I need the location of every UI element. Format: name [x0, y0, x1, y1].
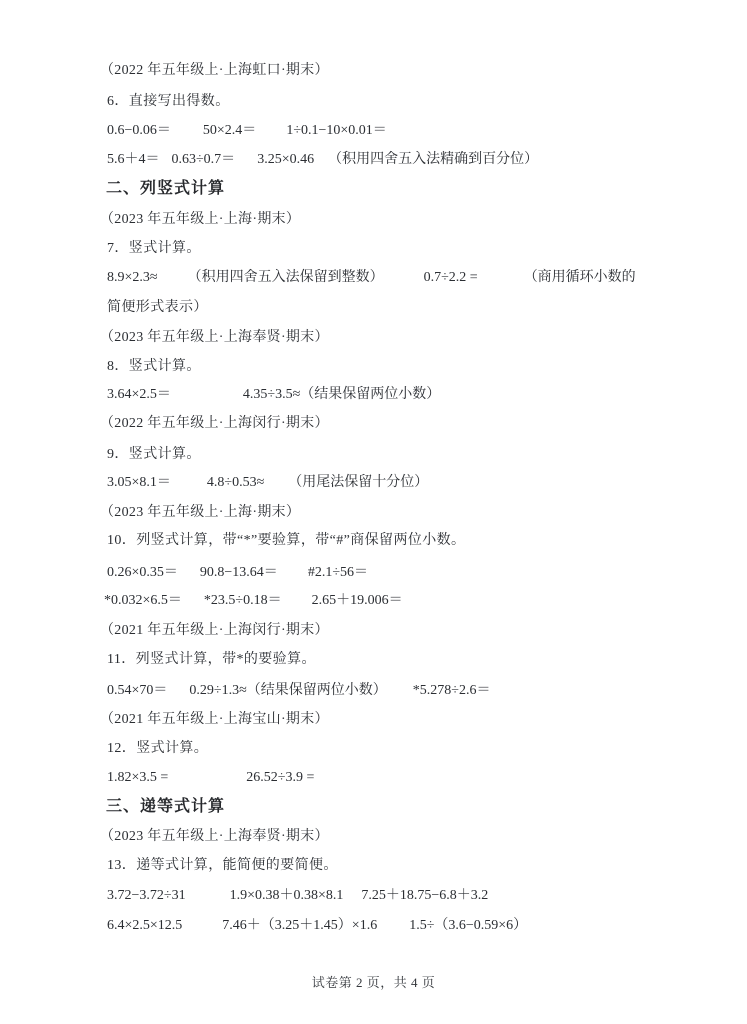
math-expression: *23.5÷0.18＝ [204, 592, 282, 610]
math-expression: *0.032×6.5＝ [104, 592, 182, 610]
math-expression: 3.25×0.46 [257, 151, 314, 169]
exam-source-citation: （2023 年五年级上·上海奉贤·期末） [0, 828, 747, 846]
exam-source-citation: （2021 年五年级上·上海宝山·期末） [0, 711, 747, 729]
math-expression: 0.6−0.06＝ [107, 122, 171, 140]
math-expression: 0.63÷0.7＝ [172, 151, 236, 169]
expression-row: 8.9×2.3≈ （积用四舍五入法保留到整数） 0.7÷2.2 = （商用循环小… [0, 269, 747, 287]
expression-row: *0.032×6.5＝ *23.5÷0.18＝ 2.65＋19.006＝ [0, 592, 747, 610]
problem-text: 13．递等式计算，能简便的要简便。 [107, 857, 338, 875]
problem-statement: 12．竖式计算。 [0, 740, 747, 758]
page-number-text: 试卷第 2 页，共 4 页 [312, 975, 436, 990]
citation-text: （2022 年五年级上·上海虹口·期末） [100, 62, 329, 80]
math-expression: 1÷0.1−10×0.01＝ [286, 122, 386, 140]
math-expression: 2.65＋19.006＝ [312, 592, 403, 610]
math-expression: 0.29÷1.3≈（结果保留两位小数） [189, 682, 386, 700]
math-expression: 50×2.4＝ [203, 122, 256, 140]
problem-statement: 7．竖式计算。 [0, 240, 747, 258]
expression-row: 6.4×2.5×12.5 7.46＋（3.25＋1.45）×1.6 1.5÷（3… [0, 917, 747, 935]
math-expression: 7.25＋18.75−6.8＋3.2 [361, 887, 488, 905]
worksheet-page: （2022 年五年级上·上海虹口·期末） 6．直接写出得数。 0.6−0.06＝… [0, 0, 747, 1024]
problem-statement: 11．列竖式计算，带*的要验算。 [0, 651, 747, 669]
problem-text: 8．竖式计算。 [107, 358, 201, 376]
citation-text: （2021 年五年级上·上海闵行·期末） [100, 622, 329, 640]
instruction-note: （积用四舍五入法精确到百分位） [328, 151, 538, 169]
problem-text: 6．直接写出得数。 [107, 93, 230, 111]
expression-row: 5.6＋4＝ 0.63÷0.7＝ 3.25×0.46 （积用四舍五入法精确到百分… [0, 151, 747, 169]
problem-statement: 6．直接写出得数。 [0, 93, 747, 111]
instruction-note: （用尾法保留十分位） [288, 474, 428, 492]
expression-row: 0.54×70＝ 0.29÷1.3≈（结果保留两位小数） *5.278÷2.6＝ [0, 682, 747, 700]
expression-row: 3.64×2.5＝ 4.35÷3.5≈（结果保留两位小数） [0, 386, 747, 404]
citation-text: （2023 年五年级上·上海奉贤·期末） [100, 329, 329, 347]
section-heading: 二、列竖式计算 [0, 179, 747, 199]
citation-text: （2023 年五年级上·上海·期末） [100, 504, 300, 522]
math-expression: 4.35÷3.5≈（结果保留两位小数） [243, 386, 440, 404]
problem-text: 12．竖式计算。 [107, 740, 208, 758]
math-expression: 0.54×70＝ [107, 682, 167, 700]
continuation-text: 简便形式表示） [0, 299, 747, 317]
expression-row: 1.82×3.5 = 26.52÷3.9 = [0, 769, 747, 787]
math-expression: #2.1÷56＝ [308, 564, 368, 582]
instruction-note: （积用四舍五入法保留到整数） [188, 269, 384, 287]
heading-text: 三、递等式计算 [106, 797, 225, 817]
math-expression: 5.6＋4＝ [107, 151, 160, 169]
citation-text: （2023 年五年级上·上海·期末） [100, 211, 300, 229]
math-expression: 1.82×3.5 = [107, 769, 168, 787]
problem-statement: 13．递等式计算，能简便的要简便。 [0, 857, 747, 875]
math-expression: *5.278÷2.6＝ [413, 682, 491, 700]
problem-text: 7．竖式计算。 [107, 240, 201, 258]
math-expression: 7.46＋（3.25＋1.45）×1.6 [222, 917, 377, 935]
math-expression: 0.26×0.35＝ [107, 564, 178, 582]
heading-text: 二、列竖式计算 [106, 179, 225, 199]
math-expression: 1.9×0.38＋0.38×8.1 [230, 887, 344, 905]
math-expression: 6.4×2.5×12.5 [107, 917, 182, 935]
problem-text: 11．列竖式计算，带*的要验算。 [107, 651, 316, 669]
expression-row: 3.72−3.72÷31 1.9×0.38＋0.38×8.1 7.25＋18.7… [0, 887, 747, 905]
citation-text: （2023 年五年级上·上海奉贤·期末） [100, 828, 329, 846]
problem-text: 9．竖式计算。 [107, 446, 201, 464]
expression-row: 0.6−0.06＝ 50×2.4＝ 1÷0.1−10×0.01＝ [0, 122, 747, 140]
problem-statement: 9．竖式计算。 [0, 446, 747, 464]
exam-source-citation: （2021 年五年级上·上海闵行·期末） [0, 622, 747, 640]
problem-text: 10．列竖式计算，带“*”要验算，带“#”商保留两位小数。 [107, 532, 465, 550]
expression-row: 0.26×0.35＝ 90.8−13.64＝ #2.1÷56＝ [0, 564, 747, 582]
citation-text: （2022 年五年级上·上海闵行·期末） [100, 415, 329, 433]
citation-text: （2021 年五年级上·上海宝山·期末） [100, 711, 329, 729]
exam-source-citation: （2023 年五年级上·上海奉贤·期末） [0, 329, 747, 347]
exam-source-citation: （2023 年五年级上·上海·期末） [0, 504, 747, 522]
problem-statement: 8．竖式计算。 [0, 358, 747, 376]
instruction-note: 简便形式表示） [107, 299, 208, 317]
math-expression: 8.9×2.3≈ [107, 269, 158, 287]
math-expression: 3.05×8.1＝ [107, 474, 171, 492]
math-expression: 3.72−3.72÷31 [107, 887, 186, 905]
math-expression: 0.7÷2.2 = [424, 269, 478, 287]
section-heading: 三、递等式计算 [0, 797, 747, 817]
math-expression: 3.64×2.5＝ [107, 386, 171, 404]
exam-source-citation: （2022 年五年级上·上海闵行·期末） [0, 415, 747, 433]
exam-source-citation: （2023 年五年级上·上海·期末） [0, 211, 747, 229]
problem-statement: 10．列竖式计算，带“*”要验算，带“#”商保留两位小数。 [0, 532, 747, 550]
math-expression: 90.8−13.64＝ [200, 564, 278, 582]
instruction-note: （商用循环小数的 [524, 269, 636, 287]
page-footer: 试卷第 2 页，共 4 页 [0, 972, 747, 991]
math-expression: 1.5÷（3.6−0.59×6） [409, 917, 527, 935]
math-expression: 4.8÷0.53≈ [207, 474, 264, 492]
math-expression: 26.52÷3.9 = [246, 769, 314, 787]
exam-source-citation: （2022 年五年级上·上海虹口·期末） [0, 62, 747, 80]
expression-row: 3.05×8.1＝ 4.8÷0.53≈ （用尾法保留十分位） [0, 474, 747, 492]
